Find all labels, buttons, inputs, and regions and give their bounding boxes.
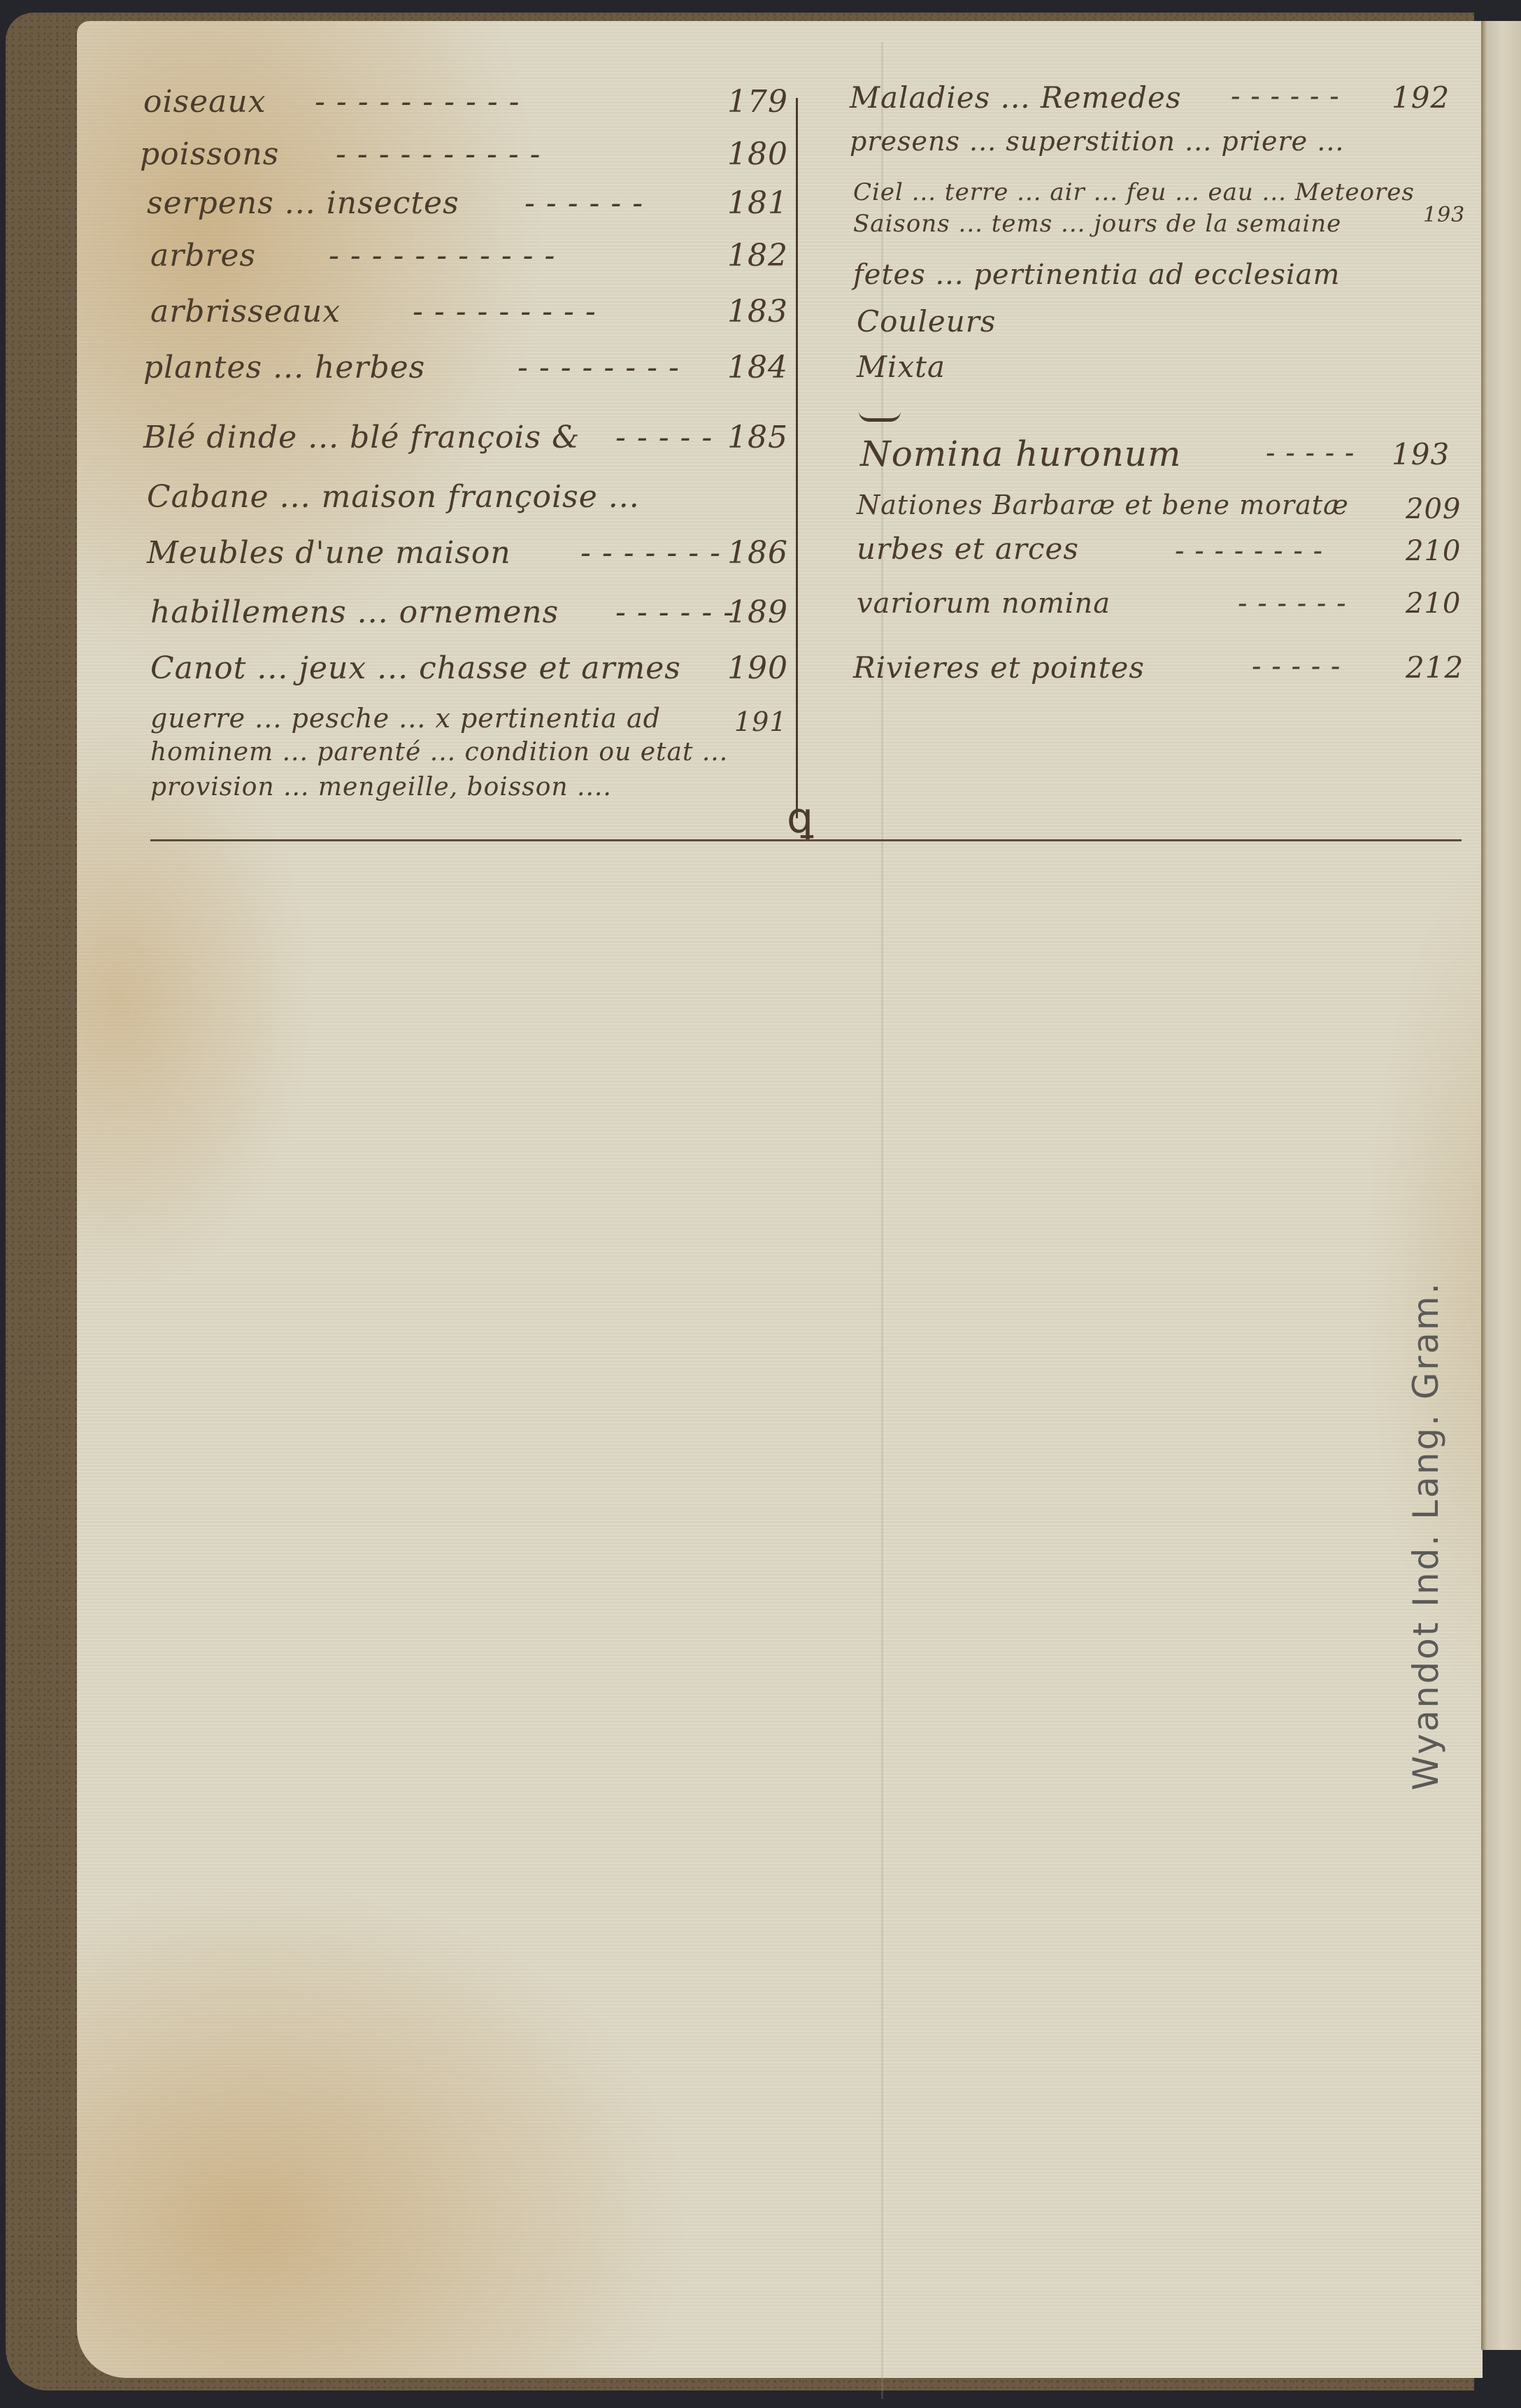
entry-page-number: 192 [1392, 80, 1450, 115]
entry-page-number: 193 [1392, 437, 1450, 471]
entry-text: poissons [140, 136, 279, 172]
entry-text: Blé dinde ... blé françois & [143, 420, 580, 455]
index-entry: Ciel ... terre ... air ... feu ... eau .… [853, 178, 1415, 206]
entry-page-number: 181 [727, 185, 788, 221]
index-entry: arbrisseaux [150, 294, 341, 329]
entry-page-number: 179 [727, 84, 788, 120]
dot-leader: - - - - - [1252, 650, 1341, 683]
index-entry: Blé dinde ... blé françois & [143, 420, 580, 455]
index-entry: hominem ... parenté ... condition ou eta… [150, 738, 728, 767]
entry-text: provision ... mengeille, boisson .... [150, 773, 612, 802]
index-entry: urbes et arces [857, 532, 1079, 566]
index-entry: presens ... superstition ... priere ... [850, 126, 1345, 157]
entry-page-number: 189 [727, 594, 788, 630]
index-entry: Mixta [857, 350, 945, 384]
entry-page-number: 209 [1406, 493, 1461, 525]
entry-text: plantes ... herbes [143, 350, 425, 385]
entry-page-number: 212 [1406, 650, 1464, 685]
separator-flourish [859, 411, 901, 422]
index-entry: poissons [140, 136, 279, 172]
section-divider-horizontal [150, 839, 1462, 841]
index-entry: plantes ... herbes [143, 350, 425, 385]
entry-text: Meubles d'une maison [147, 535, 511, 571]
entry-page-number: 186 [727, 535, 788, 571]
entry-text: Nationes Barbaræ et bene moratæ [857, 490, 1349, 520]
entry-text: presens ... superstition ... priere ... [850, 126, 1345, 157]
adjacent-page-edge [1481, 21, 1521, 2350]
entry-text: Maladies ... Remedes [850, 80, 1181, 115]
entry-text: habillemens ... ornemens [150, 594, 559, 630]
dot-leader: - - - - - - - - - [413, 294, 597, 329]
dot-leader: - - - - - [1266, 437, 1355, 469]
dot-leader: - - - - - - [1238, 587, 1347, 620]
paragraph-mark-icon: ꝗ [787, 794, 813, 843]
entry-text: Ciel ... terre ... air ... feu ... eau .… [853, 178, 1415, 206]
index-entry: Rivieres et pointes [853, 650, 1145, 685]
dot-leader: - - - - - - - - [517, 350, 680, 385]
index-entry: provision ... mengeille, boisson .... [150, 773, 612, 802]
entry-text: Canot ... jeux ... chasse et armes [150, 650, 681, 686]
entry-text: hominem ... parenté ... condition ou eta… [150, 738, 728, 767]
entry-page-number: 180 [727, 136, 788, 172]
index-entry: Saisons ... tems ... jours de la semaine [853, 210, 1341, 238]
entry-text: fetes ... pertinentia ad ecclesiam [853, 259, 1340, 291]
entry-text: arbres [150, 238, 256, 273]
entry-text: guerre ... pesche ... x pertinentia ad [150, 703, 661, 734]
dot-leader: - - - - - - - - [1175, 535, 1323, 567]
entry-page-number: 191 [734, 706, 787, 737]
entry-page-number: 184 [727, 350, 788, 385]
index-entry: Couleurs [857, 304, 996, 339]
dot-leader: - - - - - - [1231, 80, 1340, 113]
dot-leader: - - - - - - - - - - [336, 136, 541, 172]
entry-text: Mixta [857, 350, 945, 384]
entry-page-number: 183 [727, 294, 788, 329]
dot-leader: - - - - - - - - - - - [329, 238, 555, 273]
paper-fold-line [881, 42, 883, 2399]
entry-page-number: 210 [1406, 535, 1461, 567]
entry-page-number: 182 [727, 238, 788, 273]
index-entry: arbres [150, 238, 256, 273]
dot-leader: - - - - - - [524, 185, 643, 221]
entry-text: arbrisseaux [150, 294, 341, 329]
index-entry: Meubles d'une maison [147, 535, 511, 571]
entry-text: Saisons ... tems ... jours de la semaine [853, 210, 1341, 238]
index-entry: Cabane ... maison françoise ... [147, 479, 640, 515]
index-entry: variorum nomina [857, 587, 1111, 620]
index-entry: Canot ... jeux ... chasse et armes [150, 650, 681, 686]
entry-page-number: 193 [1423, 203, 1465, 227]
entry-text: variorum nomina [857, 587, 1111, 620]
entry-page-number: 185 [727, 420, 788, 455]
entry-text: Rivieres et pointes [853, 650, 1145, 685]
entry-text: oiseaux [143, 84, 266, 120]
index-entry: Nomina huronum [860, 434, 1181, 474]
entry-text: Cabane ... maison françoise ... [147, 479, 640, 515]
entry-text: Couleurs [857, 304, 996, 339]
index-entry: fetes ... pertinentia ad ecclesiam [853, 259, 1340, 291]
pencil-catalog-note: Wyandot Ind. Lang. Gram. [1406, 1281, 1446, 1790]
dot-leader: - - - - - - - [580, 535, 721, 571]
index-entry: Maladies ... Remedes [850, 80, 1181, 115]
index-entry: habillemens ... ornemens [150, 594, 559, 630]
dot-leader: - - - - - [615, 420, 713, 455]
index-entry: guerre ... pesche ... x pertinentia ad [150, 703, 661, 734]
entry-text: Nomina huronum [860, 434, 1181, 474]
index-entry: Nationes Barbaræ et bene moratæ [857, 490, 1349, 520]
entry-page-number: 210 [1406, 587, 1461, 620]
index-entry: oiseaux [143, 84, 266, 120]
entry-text: serpens ... insectes [147, 185, 459, 221]
dot-leader: - - - - - - [615, 594, 734, 630]
entry-page-number: 190 [727, 650, 788, 686]
column-divider-vertical [796, 98, 798, 818]
index-entry: serpens ... insectes [147, 185, 459, 221]
dot-leader: - - - - - - - - - - [315, 84, 520, 120]
entry-text: urbes et arces [857, 532, 1079, 566]
